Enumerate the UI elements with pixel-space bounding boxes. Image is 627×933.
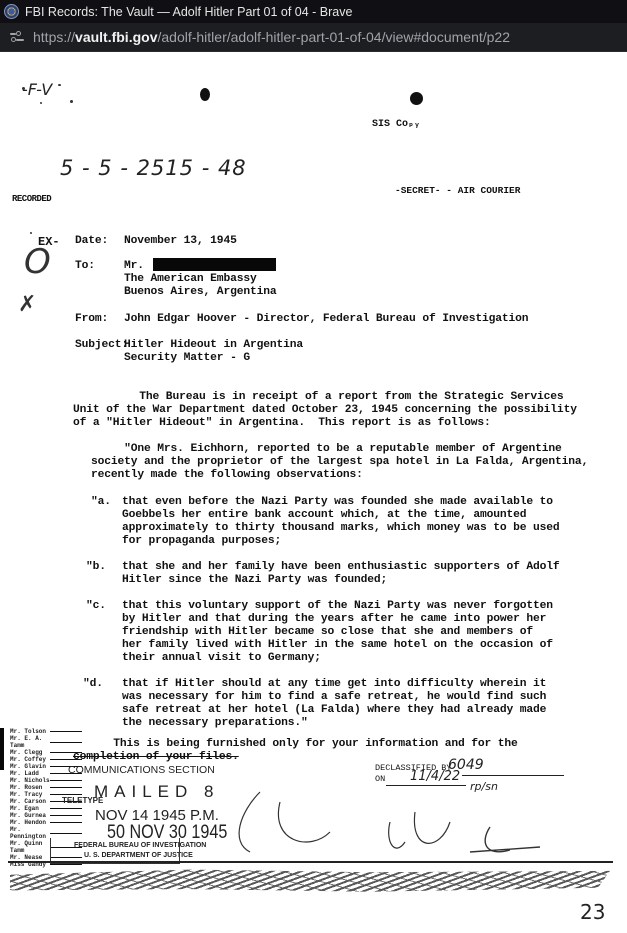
subject-label: Subject:	[75, 339, 128, 352]
margin-mark	[0, 728, 4, 770]
footer-rule	[8, 861, 613, 863]
air-courier-mark: -SECRET- - AIR COURIER	[395, 185, 520, 196]
speck	[70, 100, 73, 103]
item-line: that if Hitler should at any time get in…	[122, 678, 546, 691]
intro-line: of a "Hitler Hideout" in Argentina. This…	[73, 417, 491, 430]
url-host[interactable]: vault.fbi.gov	[75, 29, 157, 45]
quote-line: "One Mrs. Eichhorn, reported to be a rep…	[91, 443, 562, 456]
date-label: Date:	[75, 235, 108, 248]
item-marker: "b.	[86, 561, 106, 574]
handwritten-corner-mark: -F-V	[22, 80, 52, 99]
sis-copy-mark: SIS Coₚᵧ	[372, 118, 420, 130]
window-title: FBI Records: The Vault — Adolf Hitler Pa…	[25, 5, 352, 19]
item-line: Goebbels her entire bank account which, …	[122, 509, 526, 522]
teletype-stamp: TELETYPE	[62, 796, 103, 805]
speck	[58, 84, 61, 86]
to-line: Mr.	[124, 260, 144, 273]
from-value: John Edgar Hoover - Director, Federal Bu…	[124, 313, 528, 326]
item-marker: "c.	[86, 600, 106, 613]
intro-line: Unit of the War Department dated October…	[73, 404, 577, 417]
from-label: From:	[75, 313, 108, 326]
recorded-stamp: RECORDED	[12, 194, 51, 204]
item-line: Hitler since the Nazi Party was founded;	[122, 574, 387, 587]
item-line: the necessary preparations."	[122, 717, 308, 730]
window-titlebar: FBI Records: The Vault — Adolf Hitler Pa…	[0, 0, 627, 23]
redaction-bar	[153, 258, 276, 271]
date-value: November 13, 1945	[124, 235, 237, 248]
item-line: her family lived with Hitler in the same…	[122, 639, 553, 652]
speck	[30, 232, 32, 234]
subject-line: Hitler Hideout in Argentina	[124, 339, 303, 352]
item-line: that she and her family have been enthus…	[122, 561, 560, 574]
declassified-by-underline	[462, 775, 564, 776]
page-number: 23	[580, 900, 605, 924]
closing-line: This is being furnished only for your in…	[47, 738, 518, 751]
url-scheme[interactable]: https://	[33, 29, 75, 45]
fbi-seal-icon	[4, 4, 19, 19]
tune-icon[interactable]	[10, 31, 24, 43]
item-line: by Hitler and that during the years afte…	[122, 613, 546, 626]
to-line: Buenos Aires, Argentina	[124, 286, 276, 299]
address-bar[interactable]: https://vault.fbi.gov/adolf-hitler/adolf…	[0, 23, 627, 52]
item-line: their annual visit to Germany;	[122, 652, 321, 665]
item-marker: "d.	[83, 678, 103, 691]
item-line: for propaganda purposes;	[122, 535, 281, 548]
quote-line: society and the proprietor of the larges…	[91, 456, 588, 469]
item-line: approximately to thirty thousand marks, …	[122, 522, 560, 535]
file-number-handwritten: 5 - 5 - 2515 - 48	[60, 156, 247, 180]
scan-noise-strip	[10, 867, 610, 893]
url-path[interactable]: /adolf-hitler/adolf-hitler-part-01-of-04…	[157, 29, 510, 45]
item-line: that this voluntary support of the Nazi …	[122, 600, 553, 613]
punch-hole-mark	[200, 88, 210, 101]
handwritten-strike: ✗	[18, 292, 36, 317]
to-line: The American Embassy	[124, 273, 257, 286]
item-line: safe retreat at her hotel (La Falda) whe…	[122, 704, 546, 717]
intro-line: The Bureau is in receipt of a report fro…	[73, 391, 564, 404]
to-label: To:	[75, 260, 95, 273]
quote-line: recently made the following observations…	[91, 469, 363, 482]
punch-hole-mark	[410, 92, 423, 105]
item-line: friendship with Hitler became so close t…	[122, 626, 533, 639]
subject-line: Security Matter - G	[124, 352, 250, 365]
handwritten-signatures	[220, 782, 550, 862]
closing-line: completion of your files.	[73, 751, 239, 764]
item-line: was necessary for him to find a safe ret…	[122, 691, 546, 704]
communications-stamp: COMMUNICATIONS SECTION	[68, 764, 215, 776]
document-page: -F-V SIS Coₚᵧ 5 - 5 - 2515 - 48 -SECRET-…	[0, 52, 627, 933]
handwritten-initial: O	[24, 242, 51, 282]
mailed-stamp: MAILED 8	[94, 782, 219, 802]
item-marker: "a.	[91, 496, 111, 509]
item-line: that even before the Nazi Party was foun…	[122, 496, 553, 509]
speck	[40, 102, 42, 104]
